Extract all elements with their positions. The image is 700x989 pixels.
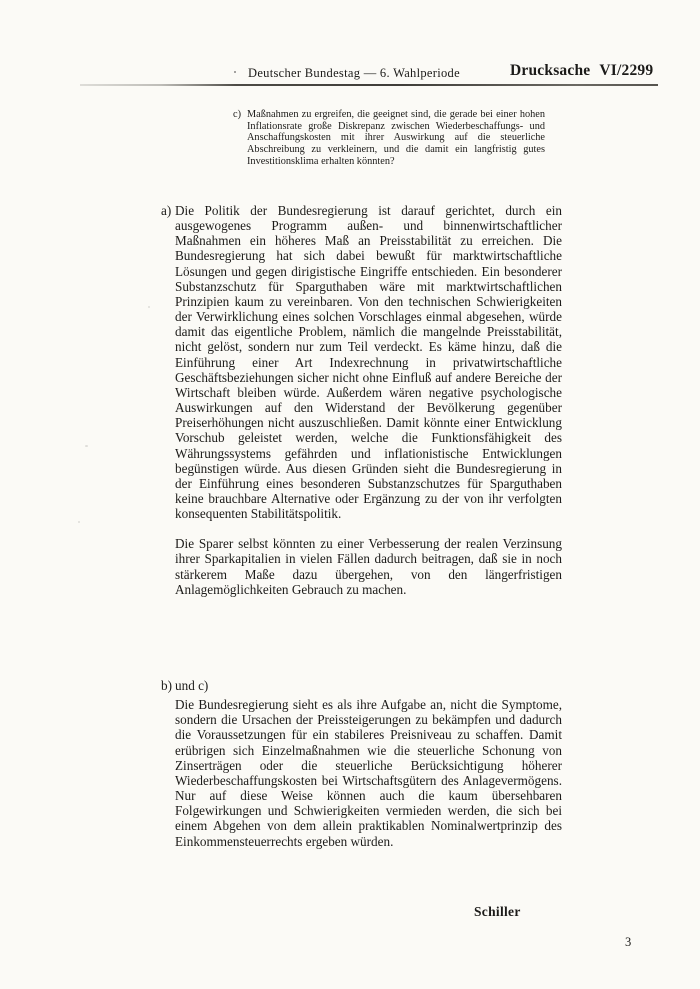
signature-name: Schiller [474,904,521,920]
header-rule [80,84,658,86]
answer-bc-paragraph: Die Bundesregierung sieht es als ihre Au… [175,697,562,849]
doc-number: VI/2299 [599,62,653,79]
header-journal-title: Deutscher Bundestag — 6. Wahlperiode [248,66,460,81]
scan-speck [148,306,150,308]
page-number: 3 [625,935,631,950]
question-item-c: c) Maßnahmen zu ergreifen, die geeignet … [233,109,545,167]
scan-speck [85,445,88,447]
answer-bc-label: b) [161,678,175,849]
question-item-text: Maßnahmen zu ergreifen, die geeignet sin… [247,109,545,167]
document-page: Deutscher Bundestag — 6. Wahlperiode Dru… [0,0,700,989]
answer-item-b-c: b) und c) Die Bundesregierung sieht es a… [161,678,562,849]
header-doc-reference: DrucksacheVI/2299 [510,62,653,80]
answer-a-paragraph-2: Die Sparer selbst könnten zu einer Verbe… [175,536,562,597]
scan-speck [234,71,236,73]
answer-bc-applies-to: und c) [175,678,562,693]
answer-a-paragraph-1: Die Politik der Bundesregierung ist dara… [175,203,562,521]
answer-item-a: a) Die Politik der Bundesregierung ist d… [161,203,562,597]
doc-series-label: Drucksache [510,62,590,79]
answer-a-label: a) [161,203,175,597]
question-item-label: c) [233,109,247,167]
scan-speck [78,521,80,523]
